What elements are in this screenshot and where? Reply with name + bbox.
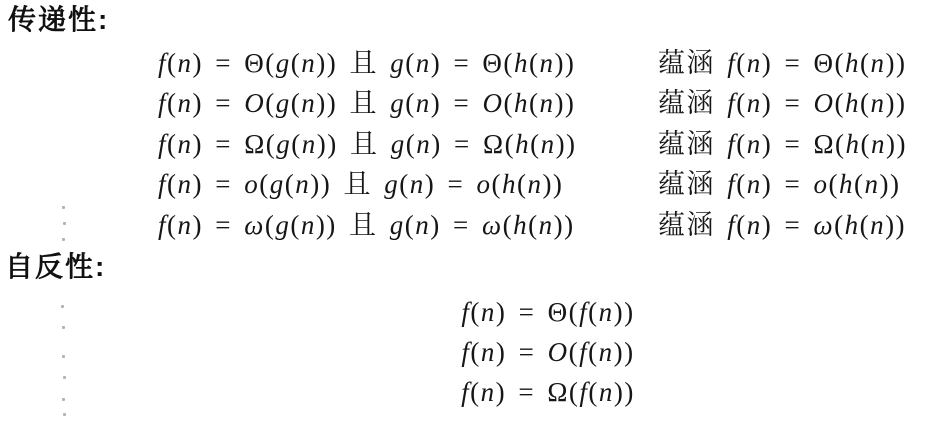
scan-artifact-dot: [62, 238, 65, 241]
equation: f(n) = O(f(n)): [461, 337, 634, 368]
equation-row-big-omega: f(n) = Ω(f(n)): [148, 373, 948, 413]
equation-row-big-o: f(n) = O(g(n)) 且 g(n) = O(h(n)) 蕴涵 f(n) …: [158, 81, 944, 122]
equation-row-big-omega: f(n) = Ω(g(n)) 且 g(n) = Ω(h(n)) 蕴涵 f(n) …: [158, 121, 944, 162]
book-page: 传递性: f(n) = Θ(g(n)) 且 g(n) = Θ(h(n)) 蕴涵 …: [0, 0, 948, 433]
equation-row-little-o: f(n) = o(g(n)) 且 g(n) = o(h(n)) 蕴涵 f(n) …: [158, 162, 944, 203]
equation-row-theta: f(n) = Θ(g(n)) 且 g(n) = Θ(h(n)) 蕴涵 f(n) …: [158, 40, 944, 81]
scan-artifact-dot: [62, 355, 65, 358]
equation-premise: f(n) = ω(g(n)) 且 g(n) = ω(h(n)): [158, 203, 658, 242]
equation-conclusion: 蕴涵 f(n) = ω(h(n)): [658, 203, 906, 242]
transitivity-equations: f(n) = Θ(g(n)) 且 g(n) = Θ(h(n)) 蕴涵 f(n) …: [158, 40, 944, 243]
equation-premise: f(n) = Θ(g(n)) 且 g(n) = Θ(h(n)): [158, 41, 658, 80]
equation-conclusion: 蕴涵 f(n) = O(h(n)): [658, 81, 906, 120]
scan-artifact-dot: [61, 305, 64, 308]
scan-artifact-dot: [63, 376, 66, 379]
equation-row-little-omega: f(n) = ω(g(n)) 且 g(n) = ω(h(n)) 蕴涵 f(n) …: [158, 202, 944, 243]
scan-artifact-dot: [62, 206, 65, 209]
equation: f(n) = Ω(f(n)): [461, 377, 635, 408]
scan-artifact-dot: [62, 398, 65, 401]
section-heading-reflexivity: 自反性:: [5, 250, 106, 284]
equation-premise: f(n) = o(g(n)) 且 g(n) = o(h(n)): [158, 162, 658, 201]
equation-conclusion: 蕴涵 f(n) = Ω(h(n)): [658, 122, 907, 161]
scan-artifact-dot: [62, 326, 65, 329]
equation-row-big-o: f(n) = O(f(n)): [148, 332, 948, 372]
equation-conclusion: 蕴涵 f(n) = o(h(n)): [658, 162, 900, 201]
scan-artifact-dot: [63, 222, 66, 225]
equation: f(n) = Θ(f(n)): [461, 297, 634, 328]
equation-premise: f(n) = Ω(g(n)) 且 g(n) = Ω(h(n)): [158, 122, 658, 161]
reflexivity-equations: f(n) = Θ(f(n)) f(n) = O(f(n)) f(n) = Ω(f…: [148, 292, 948, 413]
equation-premise: f(n) = O(g(n)) 且 g(n) = O(h(n)): [158, 81, 658, 120]
equation-conclusion: 蕴涵 f(n) = Θ(h(n)): [658, 41, 906, 80]
scan-artifact-dot: [63, 413, 66, 416]
section-heading-transitivity: 传递性:: [8, 3, 109, 37]
equation-row-theta: f(n) = Θ(f(n)): [148, 292, 948, 332]
